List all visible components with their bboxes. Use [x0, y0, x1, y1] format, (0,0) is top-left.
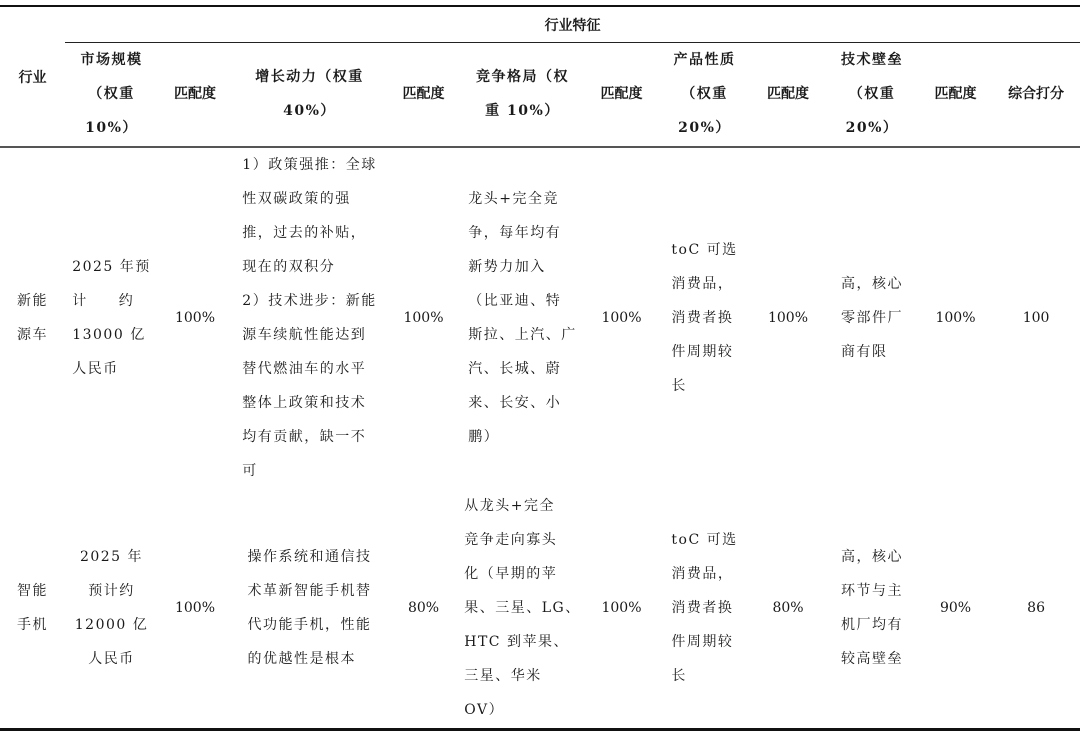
header-barrier: 技术壁垒 （权重 20%） — [825, 43, 919, 148]
market-size-text: 2025 年 预计约 12000 亿 人民币 — [75, 540, 149, 676]
header-competition-label: 竞争格局（权 重 10%） — [476, 60, 569, 128]
barrier-text: 高，核心 零部件厂 商有限 — [841, 267, 903, 369]
header-growth-match-label: 匹配度 — [403, 86, 445, 102]
cell-market: 2025 年预 计 约 13000 亿 人民币 — [65, 147, 158, 488]
header-industry: 行业 — [0, 6, 65, 147]
cell-growth-match: 80% — [387, 488, 460, 730]
cell-product-match: 100% — [751, 147, 825, 488]
industry-scoring-table: 行业 行业特征 市场规模 （权重 10%） 匹配度 增长动力（权重 40%） 匹… — [0, 5, 1080, 731]
growth-text: 操作系统和通信技 术革新智能手机替 代功能手机，性能 的优越性是根本 — [248, 540, 372, 676]
cell-industry: 新能 源车 — [0, 147, 65, 488]
competition-text: 龙头+完全竞 争，每年均有 新势力加入 （比亚迪、特 斯拉、上汽、广 汽、长城、… — [468, 182, 577, 454]
cell-market-match: 100% — [158, 147, 232, 488]
header-competition: 竞争格局（权 重 10%） — [460, 43, 585, 148]
header-product-match-label: 匹配度 — [767, 86, 809, 102]
header-group-row: 行业 行业特征 — [0, 6, 1080, 43]
market-size-text: 2025 年预 计 约 13000 亿 人民币 — [72, 250, 151, 386]
header-competition-match: 匹配度 — [585, 43, 658, 148]
competition-text: 从龙头+完全 竞争走向寡头 化（早期的苹 果、三星、LG、 HTC 到苹果、 三… — [464, 489, 580, 727]
header-barrier-match: 匹配度 — [919, 43, 992, 148]
header-group-label: 行业特征 — [545, 18, 601, 34]
header-barrier-label: 技术壁垒 （权重 20%） — [841, 43, 903, 145]
cell-growth: 1）政策强推：全球 性双碳政策的强 推，过去的补贴， 现在的双积分 2）技术进步… — [232, 147, 387, 488]
cell-competition-match: 100% — [585, 488, 658, 730]
cell-barrier: 高，核心 零部件厂 商有限 — [825, 147, 919, 488]
header-growth-label: 增长动力（权重 40%） — [255, 60, 364, 128]
cell-product: toC 可选 消费品， 消费者换 件周期较 长 — [658, 147, 751, 488]
header-industry-features: 行业特征 — [65, 6, 1080, 43]
barrier-text: 高，核心 环节与主 机厂均有 较高壁垒 — [841, 540, 903, 676]
cell-barrier: 高，核心 环节与主 机厂均有 较高壁垒 — [825, 488, 919, 730]
industry-name: 新能 源车 — [17, 284, 48, 352]
industry-name: 智能 手机 — [17, 574, 48, 642]
header-industry-label: 行业 — [19, 70, 47, 86]
table-row: 智能 手机 2025 年 预计约 12000 亿 人民币 100% 操作系统和通… — [0, 488, 1080, 730]
cell-industry: 智能 手机 — [0, 488, 65, 730]
cell-market: 2025 年 预计约 12000 亿 人民币 — [65, 488, 158, 730]
cell-product-match: 80% — [751, 488, 825, 730]
header-columns-row: 市场规模 （权重 10%） 匹配度 增长动力（权重 40%） 匹配度 竞争格局（… — [0, 43, 1080, 148]
cell-growth: 操作系统和通信技 术革新智能手机替 代功能手机，性能 的优越性是根本 — [232, 488, 387, 730]
header-growth: 增长动力（权重 40%） — [232, 43, 387, 148]
cell-barrier-match: 90% — [919, 488, 992, 730]
table-row: 新能 源车 2025 年预 计 约 13000 亿 人民币 100% 1）政策强… — [0, 147, 1080, 488]
header-product-label: 产品性质 （权重 20%） — [674, 43, 736, 145]
cell-competition: 龙头+完全竞 争，每年均有 新势力加入 （比亚迪、特 斯拉、上汽、广 汽、长城、… — [460, 147, 585, 488]
header-market-size: 市场规模 （权重 10%） — [65, 43, 158, 148]
cell-competition-match: 100% — [585, 147, 658, 488]
cell-score: 100 — [992, 147, 1080, 488]
header-market-size-label: 市场规模 （权重 10%） — [81, 43, 143, 145]
cell-product: toC 可选 消费品， 消费者换 件周期较 长 — [658, 488, 751, 730]
product-text: toC 可选 消费品， 消费者换 件周期较 长 — [671, 233, 737, 403]
cell-market-match: 100% — [158, 488, 232, 730]
header-market-match: 匹配度 — [158, 43, 232, 148]
header-barrier-match-label: 匹配度 — [935, 86, 977, 102]
cell-competition: 从龙头+完全 竞争走向寡头 化（早期的苹 果、三星、LG、 HTC 到苹果、 三… — [460, 488, 585, 730]
cell-growth-match: 100% — [387, 147, 460, 488]
header-product-match: 匹配度 — [751, 43, 825, 148]
header-competition-match-label: 匹配度 — [601, 86, 643, 102]
growth-text: 1）政策强推：全球 性双碳政策的强 推，过去的补贴， 现在的双积分 2）技术进步… — [242, 148, 376, 488]
header-product: 产品性质 （权重 20%） — [658, 43, 751, 148]
header-score: 综合打分 — [992, 43, 1080, 148]
cell-score: 86 — [992, 488, 1080, 730]
cell-barrier-match: 100% — [919, 147, 992, 488]
product-text: toC 可选 消费品， 消费者换 件周期较 长 — [671, 523, 737, 693]
header-growth-match: 匹配度 — [387, 43, 460, 148]
header-score-label: 综合打分 — [1008, 86, 1064, 102]
header-market-match-label: 匹配度 — [174, 86, 216, 102]
